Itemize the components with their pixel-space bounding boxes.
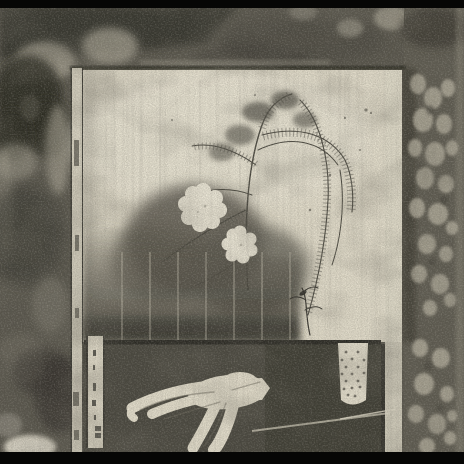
- bottom-letterbox-bar: [0, 452, 464, 464]
- grain-overlay: [0, 0, 464, 464]
- album-art: Grainy monochrome xerox-style photograph…: [0, 0, 464, 464]
- artwork-canvas: [0, 0, 464, 464]
- top-letterbox-bar: [0, 0, 464, 8]
